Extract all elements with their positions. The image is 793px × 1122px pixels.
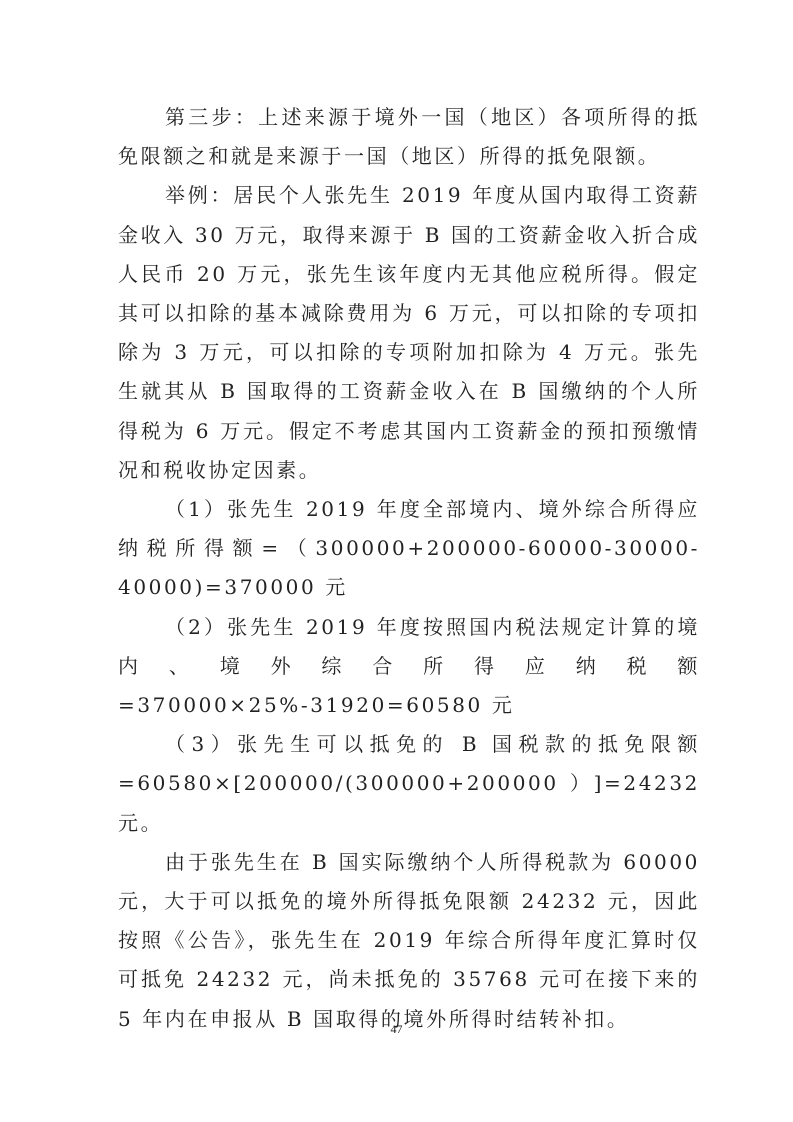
paragraph-calc-3: （3）张先生可以抵免的 B 国税款的抵免限额=60580×[200000/(30… — [118, 725, 700, 843]
paragraph-calc-2: （2）张先生 2019 年度按照国内税法规定计算的境内、境外综合所得应纳税额=3… — [118, 608, 700, 726]
paragraph-step-three: 第三步：上述来源于境外一国（地区）各项所得的抵免限额之和就是来源于一国（地区）所… — [118, 98, 700, 176]
page-number: 47 — [0, 1022, 793, 1037]
paragraph-example: 举例：居民个人张先生 2019 年度从国内取得工资薪金收入 30 万元，取得来源… — [118, 176, 700, 490]
paragraph-calc-1: （1）张先生 2019 年度全部境内、境外综合所得应纳税所得额=（300000+… — [118, 490, 700, 608]
paragraph-conclusion: 由于张先生在 B 国实际缴纳个人所得税款为 60000 元，大于可以抵免的境外所… — [118, 843, 700, 1039]
document-body: 第三步：上述来源于境外一国（地区）各项所得的抵免限额之和就是来源于一国（地区）所… — [118, 98, 700, 1039]
